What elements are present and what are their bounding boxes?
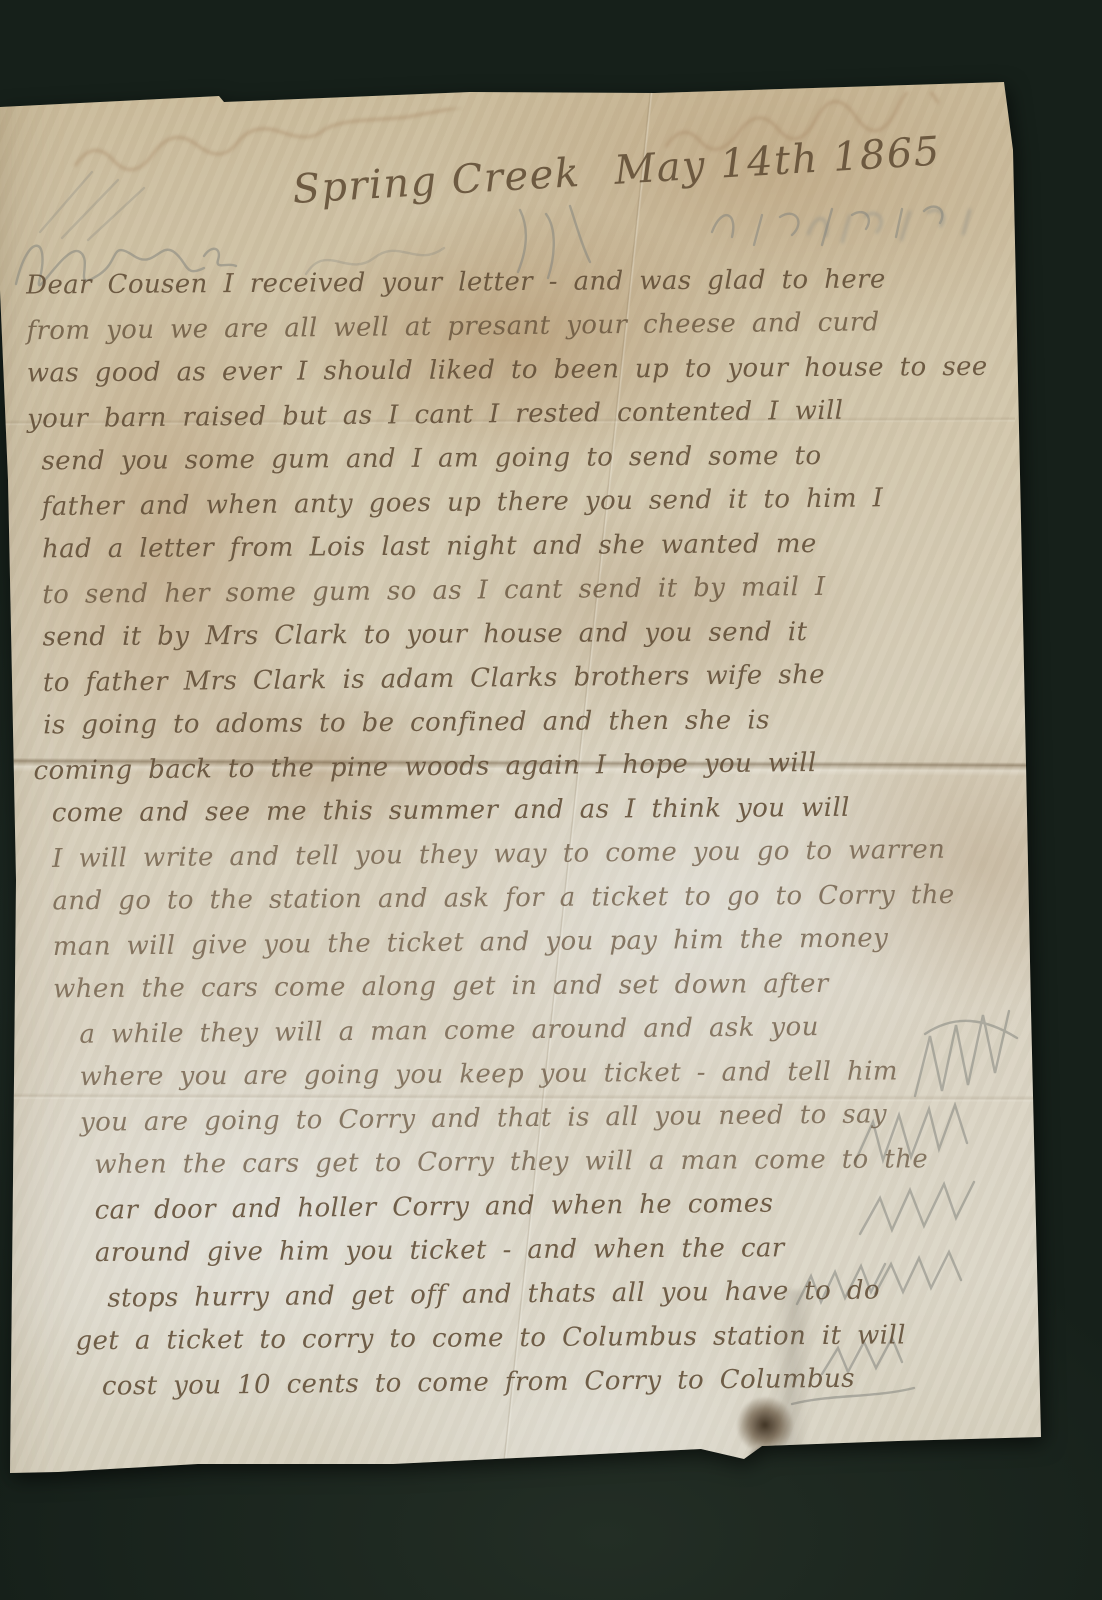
photo-stage: Spring CreekMay 14th 1865 Dear Cousen I … bbox=[0, 0, 1102, 1600]
letter-body-text: Dear Cousen I received your letter - and… bbox=[26, 257, 1034, 1408]
pencil-scribble-top-right bbox=[702, 186, 1002, 258]
letter-paper: Spring CreekMay 14th 1865 Dear Cousen I … bbox=[0, 0, 1102, 1600]
paper-shadow-wrap: Spring CreekMay 14th 1865 Dear Cousen I … bbox=[0, 0, 1102, 1600]
letter-line: cost you 10 cents to come from Corry to … bbox=[102, 1355, 1034, 1409]
ink-blot-drip bbox=[748, 1446, 782, 1462]
